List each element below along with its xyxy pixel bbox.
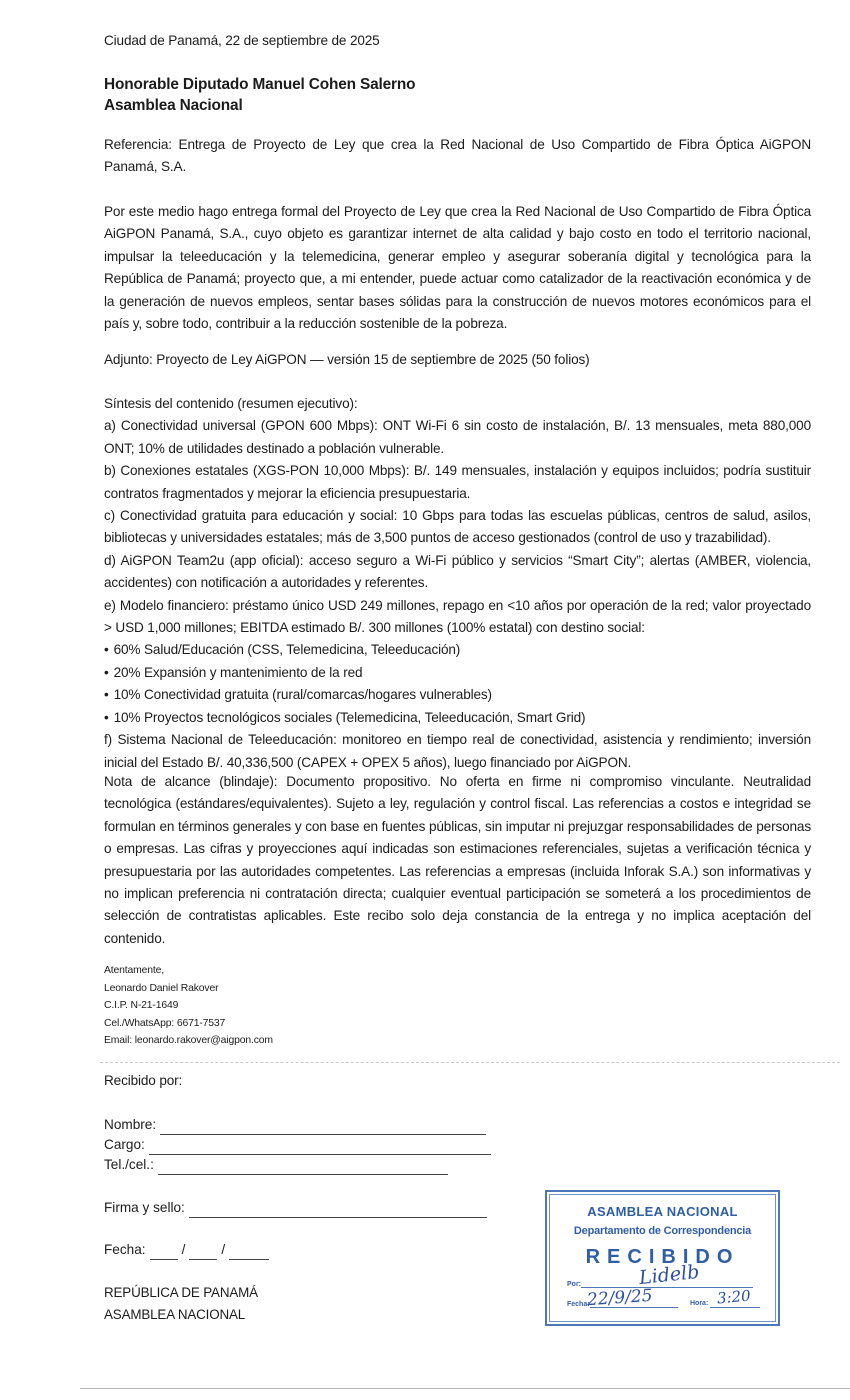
signer-name: Leonardo Daniel Rakover [104,980,273,998]
received-by-heading: Recibido por: [104,1070,182,1092]
signature-block: Atentamente, Leonardo Daniel Rakover C.I… [104,962,273,1050]
cargo-label: Cargo: [104,1135,145,1155]
nombre-field[interactable]: Nombre: [104,1115,486,1135]
addressee-block: Honorable Diputado Manuel Cohen Salerno … [104,74,415,116]
fecha-month-blank[interactable] [189,1245,217,1260]
addressee-name: Honorable Diputado Manuel Cohen Salerno [104,74,415,95]
tel-field[interactable]: Tel./cel.: [104,1155,448,1175]
bullet-text: 10% Conectividad gratuita (rural/comarca… [114,687,492,702]
tel-label: Tel./cel.: [104,1155,154,1175]
bullet-item: 10% Proyectos tecnológicos sociales (Tel… [104,707,811,729]
nombre-label: Nombre: [104,1115,156,1135]
bullet-item: 60% Salud/Educación (CSS, Telemedicina, … [104,639,811,661]
closing: Atentamente, [104,962,273,980]
stamp-hora-label: Hora: [690,1300,708,1307]
fecha-field[interactable]: Fecha: / / [104,1240,269,1260]
signer-cip: C.I.P. N-21-1649 [104,997,273,1015]
reference-line: Referencia: Entrega de Proyecto de Ley q… [104,134,811,179]
stamp-fecha-label: Fecha: [567,1301,590,1308]
synthesis-item-d: d) AiGPON Team2u (app oficial): acceso s… [104,550,811,595]
synthesis-item-b: b) Conexiones estatales (XGS-PON 10,000 … [104,460,811,505]
synthesis-section: Síntesis del contenido (resumen ejecutiv… [104,393,811,774]
date-line: Ciudad de Panamá, 22 de septiembre de 20… [104,30,380,52]
firma-label: Firma y sello: [104,1198,185,1218]
synthesis-item-e: e) Modelo financiero: préstamo único USD… [104,595,811,640]
stamp-department: Departamento de Correspondencia [547,1225,778,1237]
synthesis-item-c: c) Conectividad gratuita para educación … [104,505,811,550]
bullet-item: 10% Conectividad gratuita (rural/comarca… [104,684,811,706]
fecha-day-blank[interactable] [150,1245,178,1260]
footer-line-2: ASAMBLEA NACIONAL [104,1304,258,1326]
signer-email: Email: leonardo.rakover@aigpon.com [104,1032,273,1050]
bullet-text: 20% Expansión y mantenimiento de la red [114,665,363,680]
fecha-label: Fecha: [104,1240,146,1260]
cargo-blank-line[interactable] [149,1140,491,1155]
handwritten-time: 3:20 [716,1287,751,1308]
scanned-letter-page: Ciudad de Panamá, 22 de septiembre de 20… [0,0,850,1400]
signer-phone: Cel./WhatsApp: 6671-7537 [104,1015,273,1033]
bullet-text: 60% Salud/Educación (CSS, Telemedicina, … [114,642,461,657]
fecha-separator: / [182,1240,186,1260]
received-stamp: ASAMBLEA NACIONAL Departamento de Corres… [545,1190,780,1326]
nombre-blank-line[interactable] [160,1120,486,1135]
scan-edge-line [80,1388,850,1389]
footer-line-1: REPÚBLICA DE PANAMÁ [104,1282,258,1304]
addressee-institution: Asamblea Nacional [104,95,415,116]
firma-field[interactable]: Firma y sello: [104,1198,487,1218]
scope-note: Nota de alcance (blindaje): Documento pr… [104,771,811,950]
stamp-por-label: Por: [567,1281,581,1288]
stamp-institution: ASAMBLEA NACIONAL [547,1204,778,1219]
synthesis-heading: Síntesis del contenido (resumen ejecutiv… [104,393,811,415]
tel-blank-line[interactable] [158,1160,448,1175]
cargo-field[interactable]: Cargo: [104,1135,491,1155]
attachment-line: Adjunto: Proyecto de Ley AiGPON — versió… [104,349,590,371]
firma-blank-line[interactable] [189,1203,487,1218]
synthesis-item-f: f) Sistema Nacional de Teleeducación: mo… [104,729,811,774]
bullet-text: 10% Proyectos tecnológicos sociales (Tel… [114,710,586,725]
fecha-year-blank[interactable] [229,1245,269,1260]
bullet-item: 20% Expansión y mantenimiento de la red [104,662,811,684]
section-divider [100,1062,840,1063]
body-paragraph: Por este medio hago entrega formal del P… [104,201,811,335]
synthesis-item-a: a) Conectividad universal (GPON 600 Mbps… [104,415,811,460]
fecha-separator: / [221,1240,225,1260]
footer-block: REPÚBLICA DE PANAMÁ ASAMBLEA NACIONAL [104,1282,258,1326]
